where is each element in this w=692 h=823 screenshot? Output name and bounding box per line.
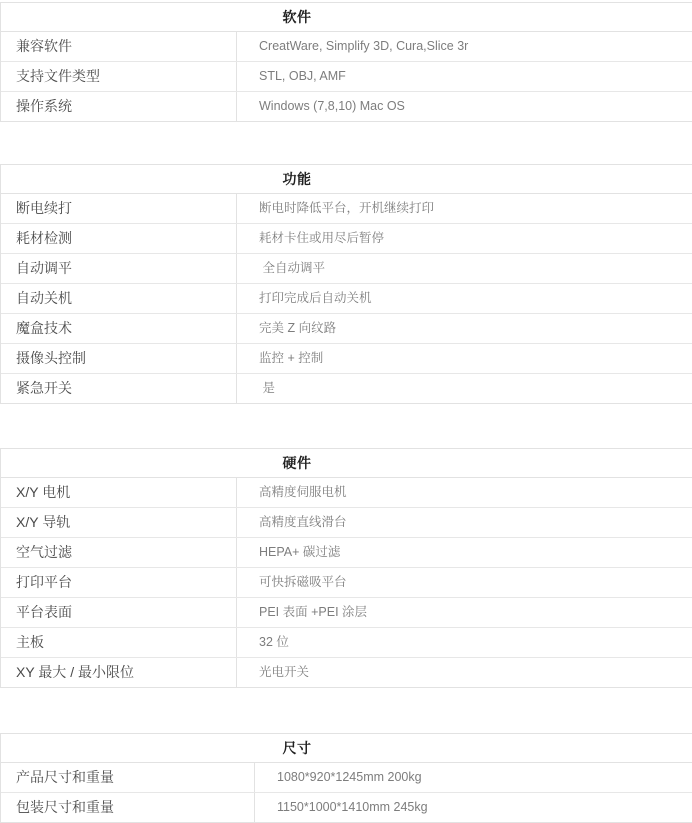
spec-section: 功能 断电续打 断电时降低平台，开机继续打印 耗材检测 耗材卡住或用尽后暂停 自… — [0, 164, 692, 404]
spec-value: 32 位 — [237, 628, 692, 657]
section-header: 尺寸 — [1, 734, 692, 763]
section-header: 功能 — [1, 165, 692, 194]
spec-value: 可快拆磁吸平台 — [237, 568, 692, 597]
spec-row: 产品尺寸和重量 1080*920*1245mm 200kg — [1, 763, 692, 792]
spec-row: 打印平台 可快拆磁吸平台 — [1, 567, 692, 597]
spec-row: 平台表面 PEI 表面 +PEI 涂层 — [1, 597, 692, 627]
spec-label: 兼容软件 — [1, 32, 237, 61]
spec-label: 打印平台 — [1, 568, 237, 597]
spec-label: 产品尺寸和重量 — [1, 763, 255, 792]
spec-value: 1080*920*1245mm 200kg — [255, 763, 692, 792]
spec-section: 软件 兼容软件 CreatWare, Simplify 3D, Cura,Sli… — [0, 2, 692, 122]
spec-label: 操作系统 — [1, 92, 237, 121]
spec-value: 光电开关 — [237, 658, 692, 687]
section-header: 硬件 — [1, 449, 692, 478]
spec-value: CreatWare, Simplify 3D, Cura,Slice 3r — [237, 32, 692, 61]
spec-label: X/Y 导轨 — [1, 508, 237, 537]
spec-row: 断电续打 断电时降低平台，开机继续打印 — [1, 194, 692, 223]
spec-label: 耗材检测 — [1, 224, 237, 253]
section-title: 硬件 — [1, 453, 593, 473]
spec-row: X/Y 导轨 高精度直线滑台 — [1, 507, 692, 537]
section-header: 软件 — [1, 3, 692, 32]
section-title: 功能 — [1, 169, 593, 189]
spec-value: Windows (7,8,10) Mac OS — [237, 92, 692, 121]
spec-value: 监控 + 控制 — [237, 344, 692, 373]
spec-row: XY 最大 / 最小限位 光电开关 — [1, 657, 692, 687]
spec-label: X/Y 电机 — [1, 478, 237, 507]
spec-label: 魔盒技术 — [1, 314, 237, 343]
spec-value: 打印完成后自动关机 — [237, 284, 692, 313]
spec-value: 耗材卡住或用尽后暂停 — [237, 224, 692, 253]
spec-row: 包装尺寸和重量 1150*1000*1410mm 245kg — [1, 792, 692, 822]
spec-row: 兼容软件 CreatWare, Simplify 3D, Cura,Slice … — [1, 32, 692, 61]
spec-row: 自动关机 打印完成后自动关机 — [1, 283, 692, 313]
spec-label: 紧急开关 — [1, 374, 237, 403]
section-rows: X/Y 电机 高精度伺服电机 X/Y 导轨 高精度直线滑台 空气过滤 HEPA+… — [1, 478, 692, 687]
spec-section: 硬件 X/Y 电机 高精度伺服电机 X/Y 导轨 高精度直线滑台 空气过滤 HE… — [0, 448, 692, 688]
spec-value: STL, OBJ, AMF — [237, 62, 692, 91]
spec-label: 支持文件类型 — [1, 62, 237, 91]
spec-label: XY 最大 / 最小限位 — [1, 658, 237, 687]
spec-label: 平台表面 — [1, 598, 237, 627]
spec-row: 自动调平 全自动调平 — [1, 253, 692, 283]
spec-label: 空气过滤 — [1, 538, 237, 567]
section-rows: 断电续打 断电时降低平台，开机继续打印 耗材检测 耗材卡住或用尽后暂停 自动调平… — [1, 194, 692, 403]
spec-label: 断电续打 — [1, 194, 237, 223]
spec-row: 魔盒技术 完美 Z 向纹路 — [1, 313, 692, 343]
section-title: 软件 — [1, 7, 593, 27]
section-title: 尺寸 — [1, 738, 593, 758]
spec-value: 全自动调平 — [237, 254, 692, 283]
spec-row: 耗材检测 耗材卡住或用尽后暂停 — [1, 223, 692, 253]
spec-value: 高精度直线滑台 — [237, 508, 692, 537]
spec-value: 是 — [237, 374, 692, 403]
spec-value: PEI 表面 +PEI 涂层 — [237, 598, 692, 627]
spec-label: 主板 — [1, 628, 237, 657]
spec-row: 支持文件类型 STL, OBJ, AMF — [1, 61, 692, 91]
spec-value: 断电时降低平台，开机继续打印 — [237, 194, 692, 223]
spec-row: X/Y 电机 高精度伺服电机 — [1, 478, 692, 507]
spec-label: 自动关机 — [1, 284, 237, 313]
spec-label: 包装尺寸和重量 — [1, 793, 255, 822]
spec-row: 空气过滤 HEPA+ 碳过滤 — [1, 537, 692, 567]
spec-value: 完美 Z 向纹路 — [237, 314, 692, 343]
spec-row: 主板 32 位 — [1, 627, 692, 657]
spec-label: 摄像头控制 — [1, 344, 237, 373]
spec-sheet: 软件 兼容软件 CreatWare, Simplify 3D, Cura,Sli… — [0, 0, 692, 823]
spec-value: 高精度伺服电机 — [237, 478, 692, 507]
spec-label: 自动调平 — [1, 254, 237, 283]
section-rows: 兼容软件 CreatWare, Simplify 3D, Cura,Slice … — [1, 32, 692, 121]
spec-row: 摄像头控制 监控 + 控制 — [1, 343, 692, 373]
spec-value: HEPA+ 碳过滤 — [237, 538, 692, 567]
spec-row: 紧急开关 是 — [1, 373, 692, 403]
spec-row: 操作系统 Windows (7,8,10) Mac OS — [1, 91, 692, 121]
section-rows: 产品尺寸和重量 1080*920*1245mm 200kg 包装尺寸和重量 11… — [1, 763, 692, 822]
spec-section: 尺寸 产品尺寸和重量 1080*920*1245mm 200kg 包装尺寸和重量… — [0, 733, 692, 823]
spec-value: 1150*1000*1410mm 245kg — [255, 793, 692, 822]
